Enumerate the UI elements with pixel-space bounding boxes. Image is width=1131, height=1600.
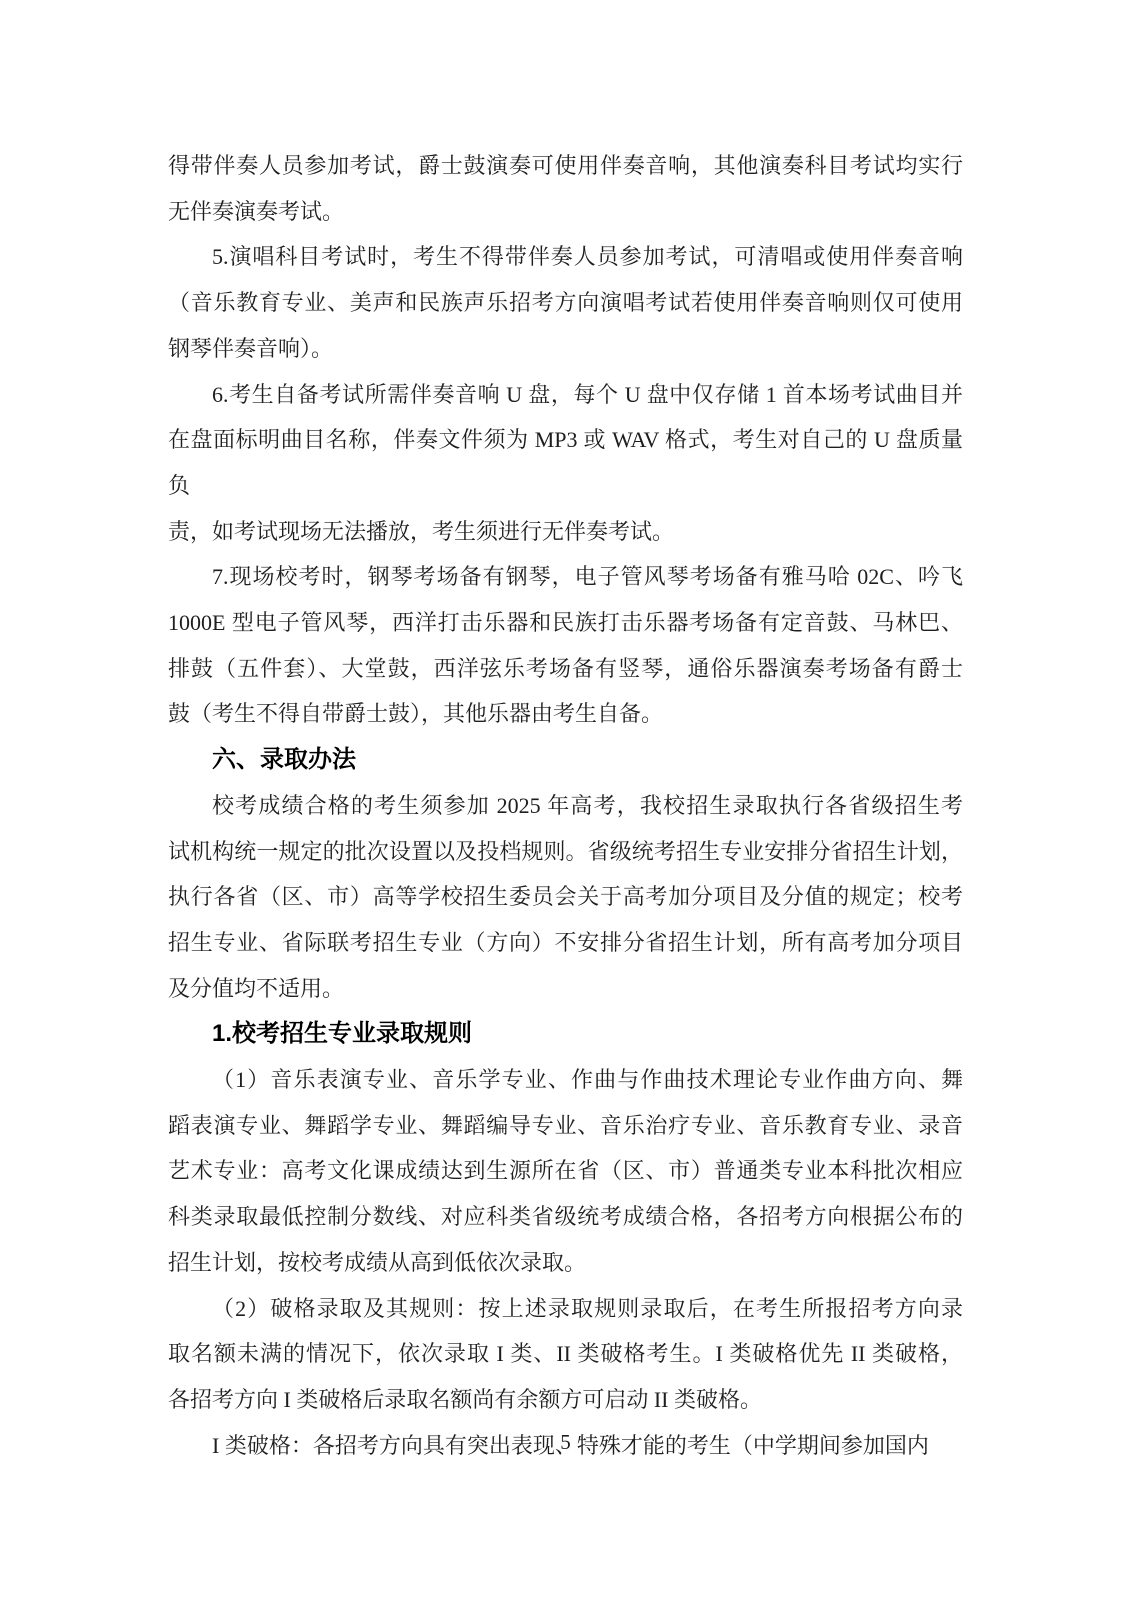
text-line: 及分值均不适用。 (168, 966, 963, 1012)
text-line: 钢琴伴奏音响）。 (168, 326, 963, 372)
text-line: 排鼓（五件套）、大堂鼓，西洋弦乐考场备有竖琴，通俗乐器演奏考场备有爵士 (168, 646, 963, 692)
text-line: 5.演唱科目考试时，考生不得带伴奏人员参加考试，可清唱或使用伴奏音响 (168, 234, 963, 280)
text-line: 执行各省（区、市）高等学校招生委员会关于高考加分项目及分值的规定；校考 (168, 874, 963, 920)
text-line: 蹈表演专业、舞蹈学专业、舞蹈编导专业、音乐治疗专业、音乐教育专业、录音 (168, 1103, 963, 1149)
text-line: 科类录取最低控制分数线、对应科类省级统考成绩合格，各招考方向根据公布的 (168, 1194, 963, 1240)
paragraph: 5.演唱科目考试时，考生不得带伴奏人员参加考试，可清唱或使用伴奏音响（音乐教育专… (168, 234, 963, 371)
text-line: 得带伴奏人员参加考试，爵士鼓演奏可使用伴奏音响，其他演奏科目考试均实行 (168, 143, 963, 189)
text-line: 试机构统一规定的批次设置以及投档规则。省级统考招生专业安排分省招生计划， (168, 829, 963, 875)
text-line: 鼓（考生不得自带爵士鼓），其他乐器由考生自备。 (168, 691, 963, 737)
sub-heading: 1.校考招生专业录取规则 (168, 1011, 963, 1057)
paragraph: 7.现场校考时，钢琴考场备有钢琴，电子管风琴考场备有雅马哈 02C、吟飞1000… (168, 554, 963, 737)
text-line: 责，如考试现场无法播放，考生须进行无伴奏考试。 (168, 509, 963, 555)
text-line: 6.考生自备考试所需伴奏音响 U 盘，每个 U 盘中仅存储 1 首本场考试曲目并 (168, 372, 963, 418)
text-line: 招生专业、省际联考招生专业（方向）不安排分省招生计划，所有高考加分项目 (168, 920, 963, 966)
paragraph: 6.考生自备考试所需伴奏音响 U 盘，每个 U 盘中仅存储 1 首本场考试曲目并… (168, 372, 963, 555)
document-body: 得带伴奏人员参加考试，爵士鼓演奏可使用伴奏音响，其他演奏科目考试均实行无伴奏演奏… (168, 143, 963, 1468)
text-line: 各招考方向 I 类破格后录取名额尚有余额方可启动 II 类破格。 (168, 1377, 963, 1423)
paragraph: （1）音乐表演专业、音乐学专业、作曲与作曲技术理论专业作曲方向、舞蹈表演专业、舞… (168, 1057, 963, 1286)
text-line: 7.现场校考时，钢琴考场备有钢琴，电子管风琴考场备有雅马哈 02C、吟飞 (168, 554, 963, 600)
document-page: 得带伴奏人员参加考试，爵士鼓演奏可使用伴奏音响，其他演奏科目考试均实行无伴奏演奏… (0, 0, 1131, 1600)
text-line: 艺术专业：高考文化课成绩达到生源所在省（区、市）普通类专业本科批次相应 (168, 1148, 963, 1194)
page-footer: 5 (0, 1430, 1131, 1455)
paragraph: 校考成绩合格的考生须参加 2025 年高考，我校招生录取执行各省级招生考试机构统… (168, 783, 963, 1012)
text-line: （音乐教育专业、美声和民族声乐招考方向演唱考试若使用伴奏音响则仅可使用 (168, 280, 963, 326)
text-line: 在盘面标明曲目名称，伴奏文件须为 MP3 或 WAV 格式，考生对自己的 U 盘… (168, 417, 963, 508)
text-line: （2）破格录取及其规则：按上述录取规则录取后，在考生所报招考方向录 (168, 1286, 963, 1332)
text-line: 招生计划，按校考成绩从高到低依次录取。 (168, 1240, 963, 1286)
text-line: 无伴奏演奏考试。 (168, 189, 963, 235)
page-number: 5 (560, 1430, 571, 1454)
paragraph: （2）破格录取及其规则：按上述录取规则录取后，在考生所报招考方向录取名额未满的情… (168, 1286, 963, 1423)
text-line: 校考成绩合格的考生须参加 2025 年高考，我校招生录取执行各省级招生考 (168, 783, 963, 829)
paragraph: 得带伴奏人员参加考试，爵士鼓演奏可使用伴奏音响，其他演奏科目考试均实行无伴奏演奏… (168, 143, 963, 234)
text-line: 取名额未满的情况下，依次录取 I 类、II 类破格考生。I 类破格优先 II 类… (168, 1331, 963, 1377)
section-heading: 六、录取办法 (168, 737, 963, 783)
text-line: 1000E 型电子管风琴，西洋打击乐器和民族打击乐器考场备有定音鼓、马林巴、 (168, 600, 963, 646)
text-line: （1）音乐表演专业、音乐学专业、作曲与作曲技术理论专业作曲方向、舞 (168, 1057, 963, 1103)
